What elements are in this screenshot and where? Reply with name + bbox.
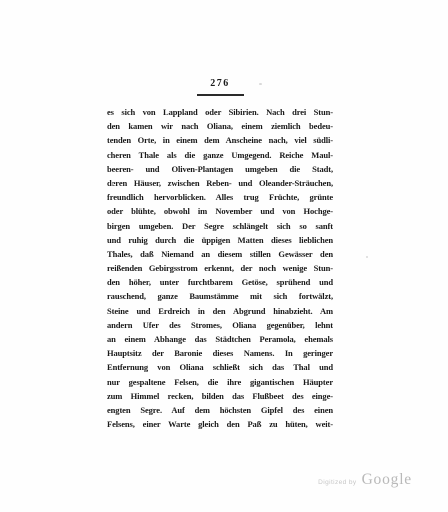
watermark-prefix: Digitized by [318, 479, 356, 486]
text-line: reißenden Gebirgsstrom erkennt, der noch… [107, 261, 333, 275]
text-line: oder blühte, obwohl im November und von … [107, 204, 333, 218]
scan-speck [112, 183, 114, 185]
text-line: Felsens, einer Warte gleich den Paß zu h… [107, 417, 333, 431]
page-header: 276 [107, 78, 333, 96]
text-line: Steine und Erdreich in den Abgrund hinab… [107, 304, 333, 318]
text-line: Entfernung von Oliana schließt sich das … [107, 360, 333, 374]
text-line: engten Segre. Auf dem höchsten Gipfel de… [107, 403, 333, 417]
scan-speck [259, 83, 262, 85]
text-line: birgen umgeben. Der Segre schlängelt sic… [107, 219, 333, 233]
text-line: cheren Thale als die ganze Umgegend. Rei… [107, 148, 333, 162]
text-line: an einem Abhange das Städtchen Peramola,… [107, 332, 333, 346]
text-line: den kamen wir nach Oliana, einem ziemlic… [107, 119, 333, 133]
google-logo: Google [362, 471, 412, 489]
text-line: nur gespaltene Felsen, die ihre gigantis… [107, 375, 333, 389]
text-line: den höher, unter furchtbarem Getöse, spr… [107, 275, 333, 289]
body-text: es sich von Lappland oder Sibirien. Nach… [107, 105, 333, 431]
header-rule [197, 94, 244, 96]
text-line: freundlich hervorblicken. Alles trug Frü… [107, 190, 333, 204]
text-line: tenden Orte, in einem dem Anscheine nach… [107, 133, 333, 147]
text-line: deren Häuser, zwischen Reben- und Oleand… [107, 176, 333, 190]
watermark: Digitized by Google [318, 471, 412, 489]
text-line: es sich von Lappland oder Sibirien. Nach… [107, 105, 333, 119]
text-line: beeren- und Oliven-Plantagen umgeben die… [107, 162, 333, 176]
book-page: 276 es sich von Lappland oder Sibirien. … [0, 0, 448, 512]
page-number: 276 [107, 78, 333, 90]
text-line: rauschend, ganze Baumstämme mit sich for… [107, 289, 333, 303]
text-line: Thales, daß Niemand an diesem stillen Ge… [107, 247, 333, 261]
text-line: Hauptsitz der Baronie dieses Namens. In … [107, 346, 333, 360]
text-line: andern Ufer des Stromes, Oliana gegenübe… [107, 318, 333, 332]
text-line: zum Himmel recken, bilden das Flußbeet d… [107, 389, 333, 403]
scan-speck [366, 256, 368, 258]
text-line: und ruhig durch die üppigen Matten diese… [107, 233, 333, 247]
